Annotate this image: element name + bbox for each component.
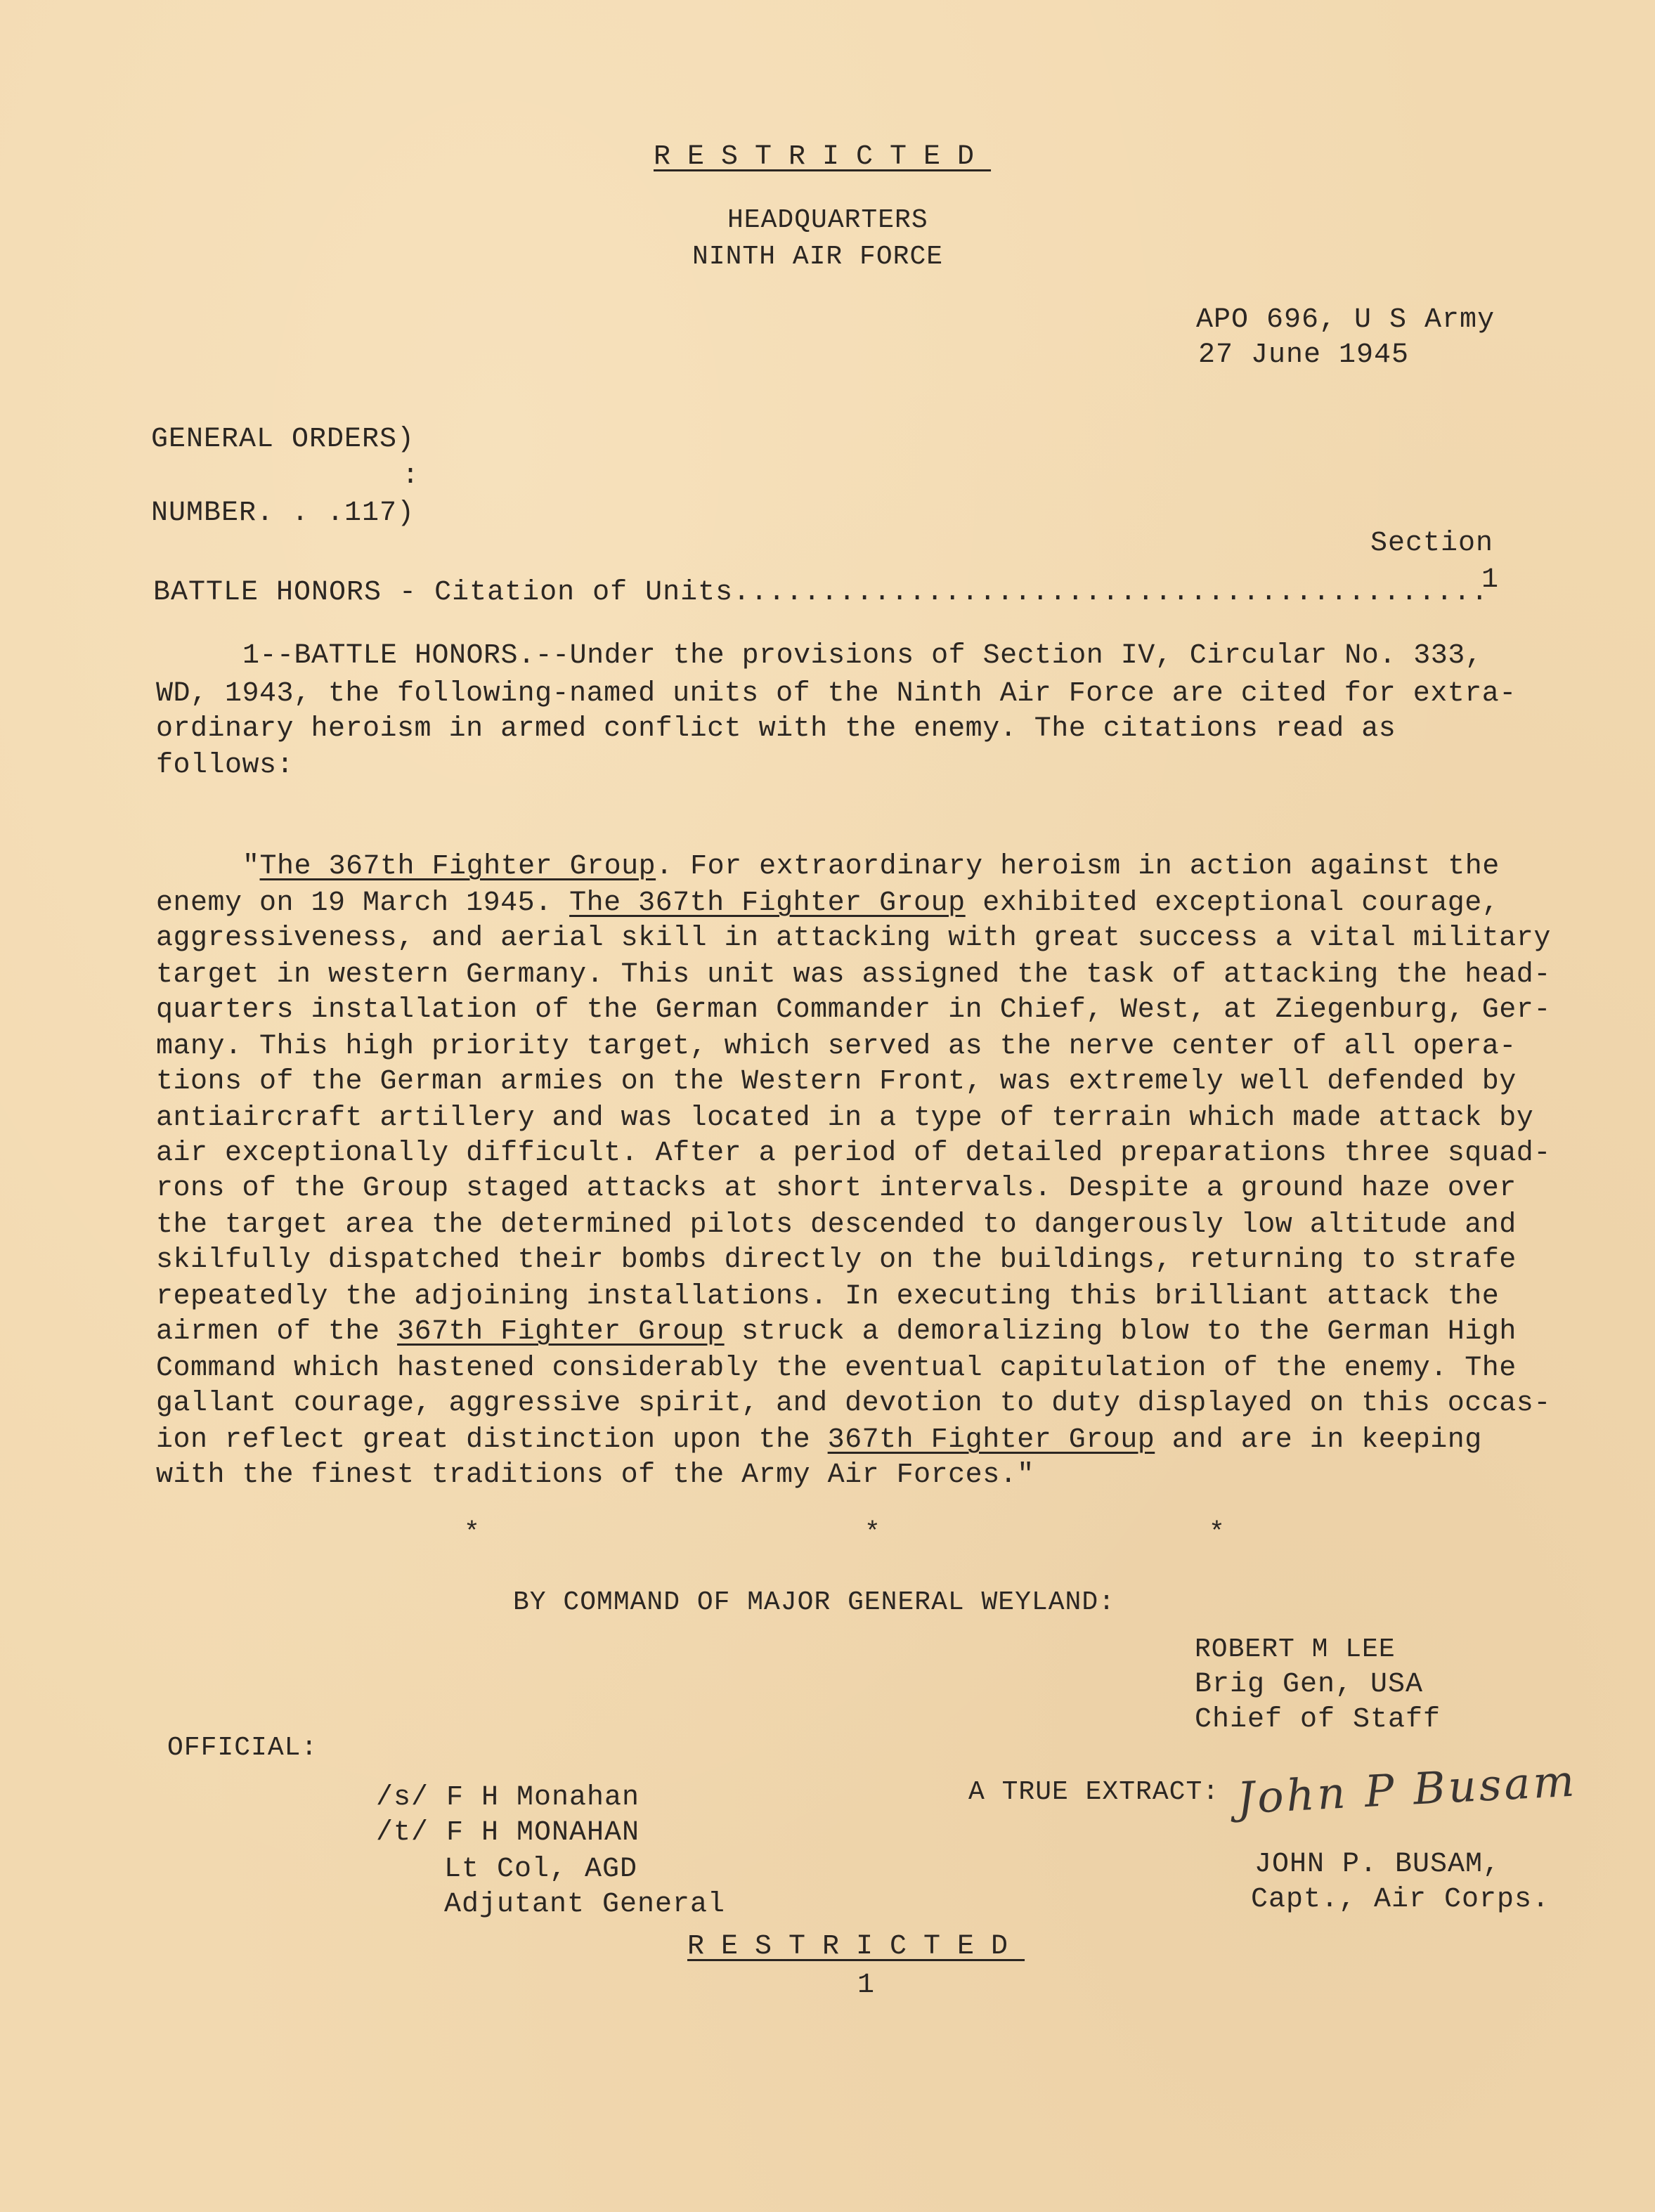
citation-text: air exceptionally difficult. After a per… (156, 1138, 1551, 1169)
toc-leader: ........................................… (733, 577, 1488, 609)
citation-text: struck a demoralizing blow to the German… (725, 1316, 1517, 1348)
toc-entry-text: BATTLE HONORS - Citation of Units (153, 577, 733, 609)
date-line: 27 June 1945 (1198, 337, 1409, 374)
extract-rank: Capt., Air Corps. (1251, 1882, 1550, 1918)
citation-line: gallant courage, aggressive spirit, and … (156, 1386, 1551, 1421)
official-label: OFFICIAL: (167, 1730, 318, 1767)
section-header: Section (1370, 526, 1493, 562)
official-title: Adjutant General (444, 1887, 725, 1923)
separator-star: * (1209, 1518, 1225, 1548)
citation-text: skilfully dispatched their bombs directl… (156, 1244, 1517, 1276)
citation-text: with the finest traditions of the Army A… (156, 1459, 1034, 1491)
extract-name: JOHN P. BUSAM, (1254, 1847, 1500, 1883)
citation-line: enemy on 19 March 1945. The 367th Fighte… (156, 885, 1499, 921)
citation-line: "The 367th Fighter Group. For extraordin… (242, 849, 1500, 885)
citation-line: rons of the Group staged attacks at shor… (156, 1171, 1517, 1206)
citation-line: antiaircraft artillery and was located i… (156, 1100, 1533, 1136)
order-number: NUMBER. . .117) (151, 495, 415, 532)
true-extract-label: A TRUE EXTRACT: (968, 1774, 1219, 1811)
unit-name-underlined: The 367th Fighter Group (569, 887, 966, 919)
citation-line: many. This high priority target, which s… (156, 1029, 1517, 1065)
citation-line: quarters installation of the German Comm… (156, 992, 1551, 1028)
official-rank: Lt Col, AGD (444, 1852, 637, 1888)
citation-text: and are in keeping (1155, 1424, 1482, 1456)
unit-name-underlined: 367th Fighter Group (397, 1316, 725, 1348)
general-orders-label: GENERAL ORDERS) (151, 422, 415, 458)
citation-line: ion reflect great distinction upon the 3… (156, 1422, 1482, 1458)
citation-line: aggressiveness, and aerial skill in atta… (156, 920, 1551, 956)
org-line-2: NINTH AIR FORCE (692, 239, 943, 275)
intro-line: ordinary heroism in armed conflict with … (156, 711, 1396, 747)
citation-text: repeatedly the adjoining installations. … (156, 1281, 1499, 1313)
order-colon: : (402, 458, 420, 495)
unit-name-underlined: The 367th Fighter Group (260, 851, 656, 883)
citation-line: repeatedly the adjoining installations. … (156, 1279, 1499, 1315)
citation-text: aggressiveness, and aerial skill in atta… (156, 923, 1551, 954)
toc-entry: BATTLE HONORS - Citation of Units.......… (153, 575, 1488, 611)
separator-star: * (464, 1518, 480, 1548)
citation-text: airmen of the (156, 1316, 397, 1348)
citation-line: airmen of the 367th Fighter Group struck… (156, 1314, 1517, 1350)
citation-line: air exceptionally difficult. After a per… (156, 1136, 1551, 1171)
official-signed: /s/ F H Monahan (376, 1780, 640, 1816)
citation-text: tions of the German armies on the Wester… (156, 1066, 1517, 1098)
citation-line: tions of the German armies on the Wester… (156, 1064, 1517, 1100)
official-typed: /t/ F H MONAHAN (376, 1815, 640, 1852)
citation-text: antiaircraft artillery and was located i… (156, 1102, 1533, 1134)
classification-bottom: RESTRICTED (687, 1929, 1025, 1965)
unit-name-underlined: 367th Fighter Group (828, 1424, 1155, 1456)
citation-line: target in western Germany. This unit was… (156, 957, 1551, 993)
signer-title: Chief of Staff (1195, 1702, 1441, 1738)
handwritten-signature: John P Busam (1235, 1755, 1578, 1823)
org-line-1: HEADQUARTERS (727, 202, 928, 239)
citation-text: ion reflect great distinction upon the (156, 1424, 828, 1456)
citation-text: exhibited exceptional courage, (966, 887, 1500, 919)
citation-text: " (242, 851, 260, 883)
citation-text: the target area the determined pilots de… (156, 1209, 1517, 1241)
page-number: 1 (857, 1967, 875, 2004)
citation-text: quarters installation of the German Comm… (156, 994, 1551, 1026)
document-page: RESTRICTED HEADQUARTERS NINTH AIR FORCE … (0, 0, 1655, 2212)
separator-star: * (864, 1518, 881, 1548)
citation-text: many. This high priority target, which s… (156, 1031, 1517, 1062)
intro-line: 1--BATTLE HONORS.--Under the provisions … (242, 638, 1482, 674)
citation-text: . For extraordinary heroism in action ag… (656, 851, 1500, 883)
signer-rank: Brig Gen, USA (1195, 1667, 1423, 1703)
citation-text: rons of the Group staged attacks at shor… (156, 1173, 1517, 1204)
citation-text: gallant courage, aggressive spirit, and … (156, 1388, 1551, 1419)
classification-top: RESTRICTED (654, 139, 991, 176)
intro-line: follows: (156, 748, 294, 783)
signer-name: ROBERT M LEE (1195, 1632, 1396, 1668)
location-line: APO 696, U S Army (1196, 302, 1495, 339)
by-command-line: BY COMMAND OF MAJOR GENERAL WEYLAND: (513, 1585, 1115, 1621)
citation-line: skilfully dispatched their bombs directl… (156, 1242, 1517, 1278)
citation-text: enemy on 19 March 1945. (156, 887, 569, 919)
citation-line: with the finest traditions of the Army A… (156, 1457, 1034, 1493)
toc-section-number: 1 (1481, 562, 1499, 599)
citation-line: Command which hastened considerably the … (156, 1351, 1517, 1386)
intro-line: WD, 1943, the following-named units of t… (156, 676, 1517, 712)
citation-text: Command which hastened considerably the … (156, 1353, 1517, 1384)
citation-line: the target area the determined pilots de… (156, 1207, 1517, 1243)
citation-text: target in western Germany. This unit was… (156, 959, 1551, 991)
